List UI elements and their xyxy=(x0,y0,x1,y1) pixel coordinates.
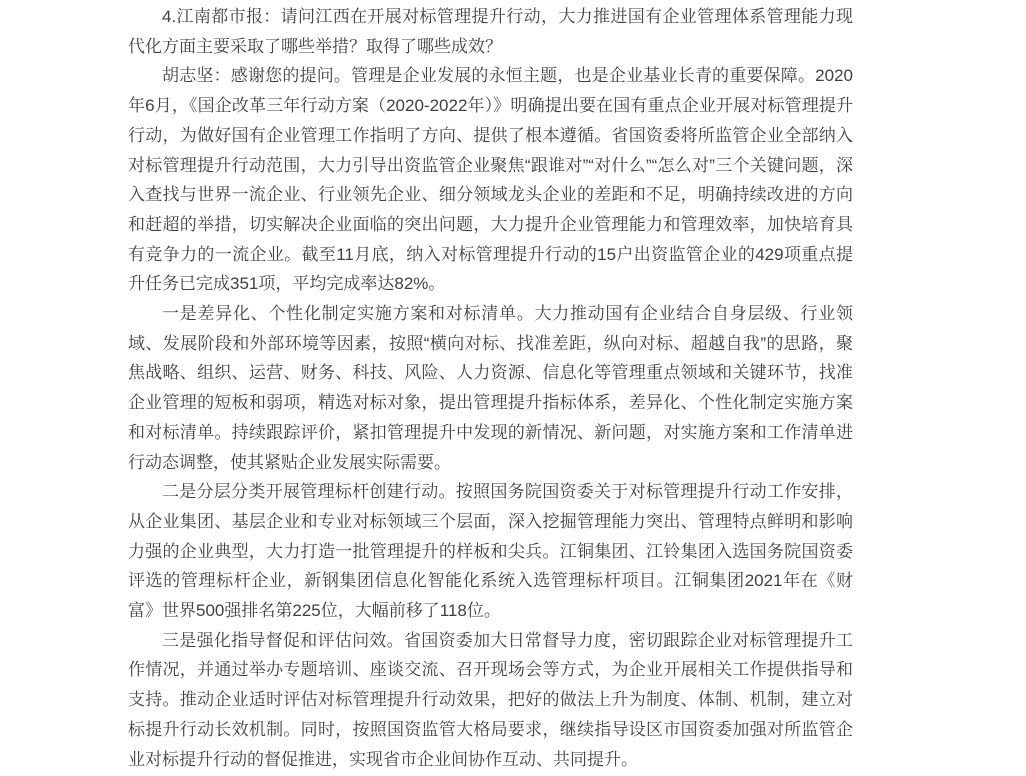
paragraph-question: 4.江南都市报：请问江西在开展对标管理提升行动，大力推进国有企业管理体系管理能力… xyxy=(128,2,853,61)
paragraph-measure-three: 三是强化指导督促和评估问效。省国资委加大日常督导力度，密切跟踪企业对标管理提升工… xyxy=(128,626,853,775)
paragraph-answer-intro: 胡志坚：感谢您的提问。管理是企业发展的永恒主题，也是企业基业长青的重要保障。20… xyxy=(128,61,853,299)
document-page: 4.江南都市报：请问江西在开展对标管理提升行动，大力推进国有企业管理体系管理能力… xyxy=(128,2,853,774)
paragraph-measure-one: 一是差异化、个性化制定实施方案和对标清单。大力推动国有企业结合自身层级、行业领域… xyxy=(128,299,853,477)
paragraph-measure-two: 二是分层分类开展管理标杆创建行动。按照国务院国资委关于对标管理提升行动工作安排，… xyxy=(128,477,853,626)
